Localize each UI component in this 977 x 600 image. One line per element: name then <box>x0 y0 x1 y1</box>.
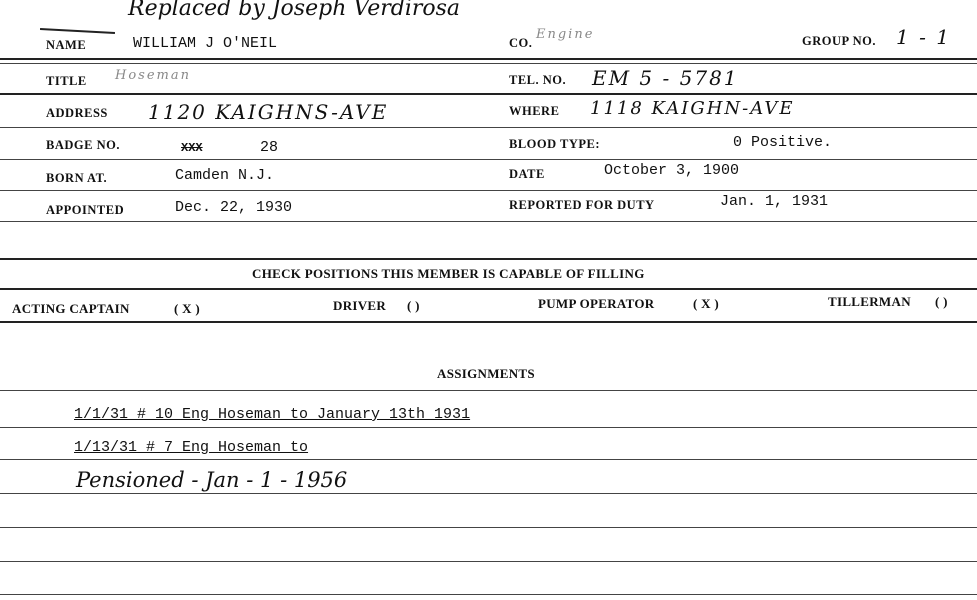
divider <box>0 58 977 60</box>
assignment-entry: 1/13/31 # 7 Eng Hoseman to <box>74 439 308 456</box>
divider <box>0 594 977 595</box>
divider <box>0 493 977 494</box>
position-pump-operator-label: PUMP OPERATOR <box>538 296 654 312</box>
badge-no-label: BADGE NO. <box>46 138 120 153</box>
position-tillerman-label: TILLERMAN <box>828 294 911 310</box>
divider <box>0 127 977 128</box>
where-label: WHERE <box>509 104 559 119</box>
where-value: 1118 KAIGHN-AVE <box>590 98 795 119</box>
position-acting-captain-label: ACTING CAPTAIN <box>12 301 130 317</box>
reported-for-duty-label: REPORTED FOR DUTY <box>509 198 655 213</box>
assignments-heading: ASSIGNMENTS <box>437 366 535 382</box>
reported-for-duty-value: Jan. 1, 1931 <box>720 193 828 210</box>
blood-type-label: BLOOD TYPE: <box>509 137 600 152</box>
divider <box>0 63 977 64</box>
divider <box>0 390 977 391</box>
group-no-value: 1 - 1 <box>896 25 951 49</box>
title-label: TITLE <box>46 74 87 89</box>
born-at-label: BORN AT. <box>46 171 107 186</box>
badge-no-value: 28 <box>260 139 278 156</box>
blood-type-value: 0 Positive. <box>733 134 832 151</box>
date-value: October 3, 1900 <box>604 162 739 179</box>
assignment-entry: 1/1/31 # 10 Eng Hoseman to January 13th … <box>74 406 470 423</box>
divider <box>0 321 977 323</box>
badge-no-struck: XXX <box>181 141 203 155</box>
born-at-value: Camden N.J. <box>175 167 274 184</box>
divider <box>0 93 977 95</box>
title-value: Hoseman <box>115 68 191 83</box>
co-label: CO. <box>509 36 532 51</box>
divider <box>0 527 977 528</box>
pen-stroke <box>40 28 115 34</box>
address-value: 1120 KAIGHNS-AVE <box>148 100 388 124</box>
appointed-label: APPOINTED <box>46 203 124 218</box>
divider <box>0 258 977 260</box>
position-acting-captain-checkbox[interactable]: ( X ) <box>174 301 200 317</box>
divider <box>0 159 977 160</box>
divider <box>0 288 977 290</box>
co-value: Engine <box>536 27 594 42</box>
pension-note: Pensioned - Jan - 1 - 1956 <box>76 468 347 492</box>
address-label: ADDRESS <box>46 106 108 121</box>
position-tillerman-checkbox[interactable]: ( ) <box>935 294 948 310</box>
name-value: WILLIAM J O'NEIL <box>133 35 277 52</box>
tel-no-label: TEL. NO. <box>509 73 566 88</box>
position-driver-checkbox[interactable]: ( ) <box>407 298 420 314</box>
tel-no-value: EM 5 - 5781 <box>592 66 739 90</box>
replacement-annotation: Replaced by Joseph Verdirosa <box>128 0 460 21</box>
divider <box>0 427 977 428</box>
name-label: NAME <box>46 38 86 53</box>
group-no-label: GROUP NO. <box>802 34 876 49</box>
date-label: DATE <box>509 167 545 182</box>
divider <box>0 459 977 460</box>
divider <box>0 221 977 222</box>
divider <box>0 561 977 562</box>
position-driver-label: DRIVER <box>333 298 386 314</box>
divider <box>0 190 977 191</box>
positions-heading: CHECK POSITIONS THIS MEMBER IS CAPABLE O… <box>252 266 645 282</box>
position-pump-operator-checkbox[interactable]: ( X ) <box>693 296 719 312</box>
appointed-value: Dec. 22, 1930 <box>175 199 292 216</box>
